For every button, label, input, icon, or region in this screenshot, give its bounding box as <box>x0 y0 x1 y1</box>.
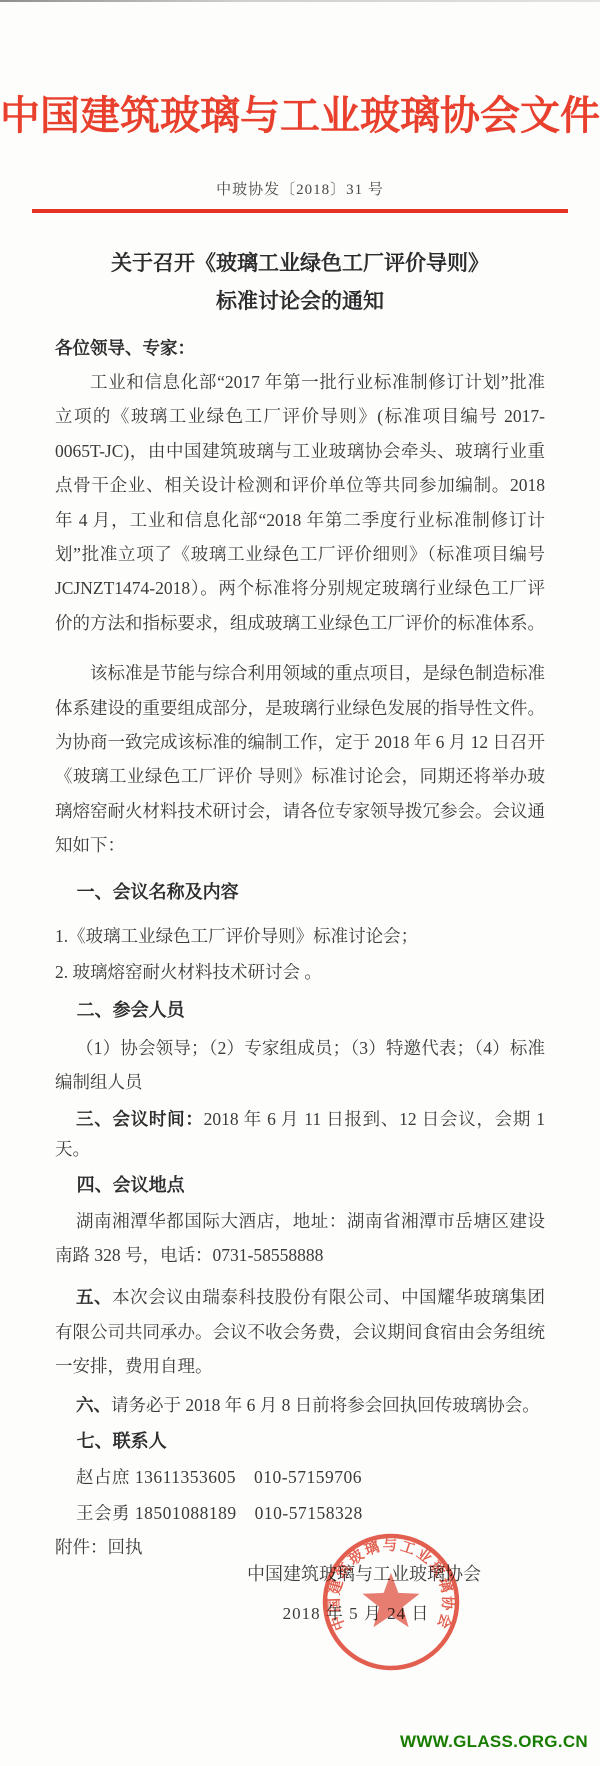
section-3: 三、会议时间：2018 年 6 月 11 日报到、12 日会议，会期 1 天。 <box>55 1104 545 1164</box>
document-body: 各位领导、专家： 工业和信息化部“2017 年第一批行业标准制修订计划”批准立项… <box>55 333 545 1562</box>
section-5-text: 本次会议由瑞泰科技股份有限公司、中国耀华玻璃集团有限公司共同承办。会议不收会务费… <box>55 1287 545 1376</box>
section-5-heading: 五、 <box>76 1287 112 1307</box>
section-3-heading: 三、会议时间： <box>76 1109 204 1129</box>
paragraph-2: 该标准是节能与综合利用领域的重点项目，是绿色制造标准体系建设的重要组成部分，是玻… <box>55 656 545 862</box>
paragraph-1: 工业和信息化部“2017 年第一批行业标准制修订计划”批准立项的《玻璃工业绿色工… <box>55 365 545 640</box>
letterhead-title: 中国建筑玻璃与工业玻璃协会文件 <box>0 92 600 140</box>
document-title-line1: 关于召开《玻璃工业绿色工厂评价导则》 <box>55 245 545 283</box>
section-5: 五、本次会议由瑞泰科技股份有限公司、中国耀华玻璃集团有限公司共同承办。会议不收会… <box>55 1280 545 1383</box>
contact-line-2: 王会勇 18501088189 010-57158328 <box>55 1498 545 1528</box>
seal-star-icon <box>362 1573 419 1627</box>
section-2-heading: 二、参会人员 <box>55 995 545 1025</box>
salutation: 各位领导、专家： <box>55 333 545 363</box>
section-1-item-2: 2. 玻璃熔窑耐火材料技术研讨会 。 <box>55 957 545 987</box>
section-6-text: 请务必于 2018 年 6 月 8 日前将参会回执回传玻璃协会。 <box>111 1395 540 1415</box>
section-7-heading: 七、联系人 <box>55 1426 545 1456</box>
official-seal: 中国建筑玻璃与工业玻璃协会 <box>318 1529 464 1675</box>
contact-line-1: 赵占庶 13611353605 010-57159706 <box>55 1462 545 1492</box>
red-divider <box>32 209 568 213</box>
website-url: WWW.GLASS.ORG.CN <box>400 1732 588 1752</box>
attachment-note: 附件：回执 <box>55 1532 545 1562</box>
document-title: 关于召开《玻璃工业绿色工厂评价导则》 标准讨论会的通知 <box>55 245 545 321</box>
section-4-heading: 四、会议地点 <box>55 1170 545 1200</box>
section-4-text: 湖南湘潭华都国际大酒店，地址：湖南省湘潭市岳塘区建设南路 328 号，电话：07… <box>55 1204 545 1273</box>
document-page: 中国建筑玻璃与工业玻璃协会文件 中玻协发〔2018〕31 号 关于召开《玻璃工业… <box>0 0 600 1766</box>
scan-edge-artifact <box>0 0 600 2</box>
section-6: 六、请务必于 2018 年 6 月 8 日前将参会回执回传玻璃协会。 <box>55 1390 545 1420</box>
section-1-heading: 一、会议名称及内容 <box>55 877 545 907</box>
section-1-item-1: 1.《玻璃工业绿色工厂评价导则》标准讨论会； <box>55 921 545 951</box>
document-number: 中玻协发〔2018〕31 号 <box>0 180 600 200</box>
document-title-line2: 标准讨论会的通知 <box>55 283 545 321</box>
section-6-heading: 六、 <box>76 1395 111 1415</box>
section-2-text: （1）协会领导；（2）专家组成员；（3）特邀代表；（4）标准编制组人员 <box>55 1031 545 1100</box>
